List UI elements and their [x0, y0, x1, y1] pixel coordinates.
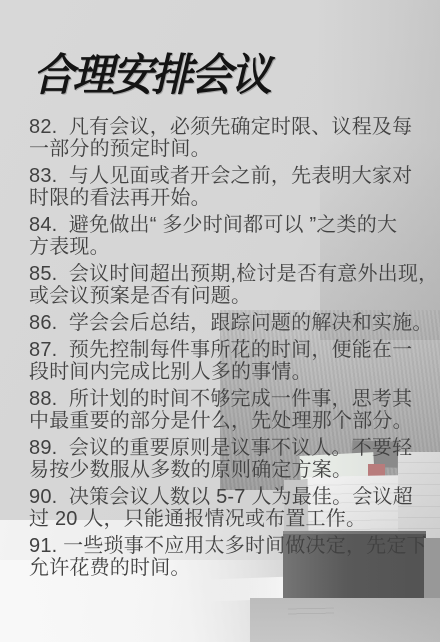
list-item-84: 84. 避免做出“ 多少时间都可以 ”之类的大 方表现。	[29, 214, 433, 258]
list-item-line: 允许花费的时间。	[29, 557, 191, 579]
list-item-line: 易按少数服从多数的原则确定方案。	[29, 459, 352, 481]
desk-shadow-graphic	[250, 598, 440, 642]
faint-marks-graphic	[288, 608, 334, 616]
list-item-88: 88. 所计划的时间不够完成一件事，思考其 中最重要的部分是什么，先处理那个部分…	[29, 388, 433, 432]
list-item-line: 或会议预案是否有问题。	[29, 285, 251, 307]
list-item-85: 85. 会议时间超出预期,检讨是否有意外出现， 或会议预案是否有问题。	[29, 263, 433, 307]
page-title: 合理安排会议	[33, 46, 270, 106]
list-item-83: 83. 与人见面或者开会之前，先表明大家对 时限的看法再开始。	[29, 165, 433, 209]
list-item-90: 90. 决策会议人数以 5-7 人为最佳。会议超 过 20 人，只能通报情况或布…	[29, 486, 433, 530]
list-item-89: 89. 会议的重要原则是议事不议人。不要轻 易按少数服从多数的原则确定方案。	[29, 437, 433, 481]
list-item-line: 方表现。	[29, 236, 110, 258]
list-item-line: 89. 会议的重要原则是议事不议人。不要轻	[29, 437, 412, 459]
list-item-line: 87. 预先控制每件事所花的时间，便能在一	[29, 339, 412, 361]
list-item-line: 91. 一些琐事不应用太多时间做决定，先定下	[29, 535, 427, 557]
list-item-line: 90. 决策会议人数以 5-7 人为最佳。会议超	[29, 486, 413, 508]
list-item-line: 段时间内完成比别人多的事情。	[29, 361, 312, 383]
list-item-line: 84. 避免做出“ 多少时间都可以 ”之类的大	[29, 214, 397, 236]
list-item-line: 过 20 人，只能通报情况或布置工作。	[29, 508, 366, 530]
list-item-line: 82. 凡有会议，必须先确定时限、议程及每	[29, 116, 412, 138]
list-item-line: 一部分的预定时间。	[29, 138, 211, 160]
list-item-91: 91. 一些琐事不应用太多时间做决定，先定下 允许花费的时间。	[29, 535, 433, 579]
list-item-87: 87. 预先控制每件事所花的时间，便能在一 段时间内完成比别人多的事情。	[29, 339, 433, 383]
list-item-line: 88. 所计划的时间不够完成一件事，思考其	[29, 388, 412, 410]
tips-list: 82. 凡有会议，必须先确定时限、议程及每 一部分的预定时间。 83. 与人见面…	[29, 116, 433, 584]
list-item-82: 82. 凡有会议，必须先确定时限、议程及每 一部分的预定时间。	[29, 116, 433, 160]
list-item-line: 中最重要的部分是什么，先处理那个部分。	[29, 410, 413, 432]
list-item-line: 83. 与人见面或者开会之前，先表明大家对	[29, 165, 412, 187]
list-item-line: 时限的看法再开始。	[29, 187, 211, 209]
list-item-line: 86. 学会会后总结，跟踪问题的解决和实施。	[29, 312, 433, 334]
list-item-86: 86. 学会会后总结，跟踪问题的解决和实施。	[29, 312, 433, 334]
list-item-line: 85. 会议时间超出预期,检讨是否有意外出现，	[29, 263, 438, 285]
